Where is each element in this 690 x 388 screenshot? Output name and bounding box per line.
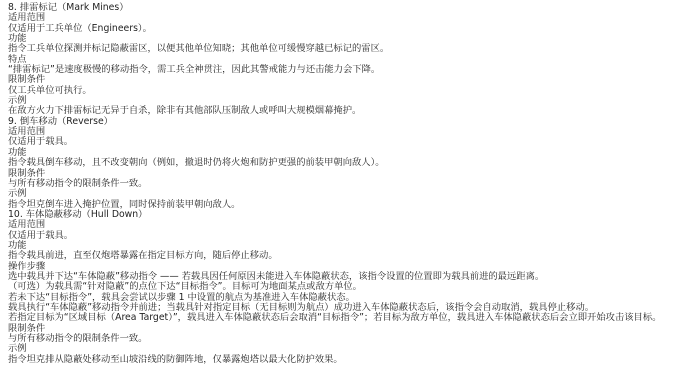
paragraph: 与所有移动指令的限制条件一致。 <box>8 179 690 189</box>
paragraph: 仅适用于工兵单位（Engineers）。 <box>8 24 690 34</box>
paragraph: 指令工兵单位探测并标记隐蔽雷区，以便其他单位知晓；其他单位可缓慢穿越已标记的雷区… <box>8 44 690 54</box>
field-label-restrictions: 限制条件 <box>8 75 690 85</box>
paragraph: 仅适用于载具。 <box>8 137 690 147</box>
paragraph: 仅工兵单位可执行。 <box>8 86 690 96</box>
document-body: 8. 排雷标记（Mark Mines） 适用范围 仅适用于工兵单位（Engine… <box>0 0 690 365</box>
paragraph: 指令坦克排从隐蔽处移动至山坡沿线的防御阵地，仅暴露炮塔以最大化防护效果。 <box>8 355 690 365</box>
paragraph: 仅适用于载具。 <box>8 231 690 241</box>
section-heading-reverse: 9. 倒车移动（Reverse） <box>8 117 690 127</box>
field-label-example: 示例 <box>8 189 690 199</box>
paragraph: 指令载具前进，直至仅炮塔暴露在指定目标方向，随后停止移动。 <box>8 251 690 261</box>
paragraph: “排雷标记”是速度极慢的移动指令，需工兵全神贯注，因此其警戒能力与还击能力会下降… <box>8 65 690 75</box>
section-heading-mark-mines: 8. 排雷标记（Mark Mines） <box>8 3 690 13</box>
field-label-scope: 适用范围 <box>8 127 690 137</box>
paragraph: 若指定目标为“区域目标（Area Target）”，载具进入车体隐蔽状态后会取消… <box>8 313 690 323</box>
section-heading-hull-down: 10. 车体隐蔽移动（Hull Down） <box>8 210 690 220</box>
document-page: 8. 排雷标记（Mark Mines） 适用范围 仅适用于工兵单位（Engine… <box>0 0 690 388</box>
paragraph: 与所有移动指令的限制条件一致。 <box>8 334 690 344</box>
paragraph: 指令载具倒车移动，且不改变朝向（例如，撤退时仍将火炮和防护更强的前装甲朝向敌人）… <box>8 158 690 168</box>
field-label-scope: 适用范围 <box>8 220 690 230</box>
